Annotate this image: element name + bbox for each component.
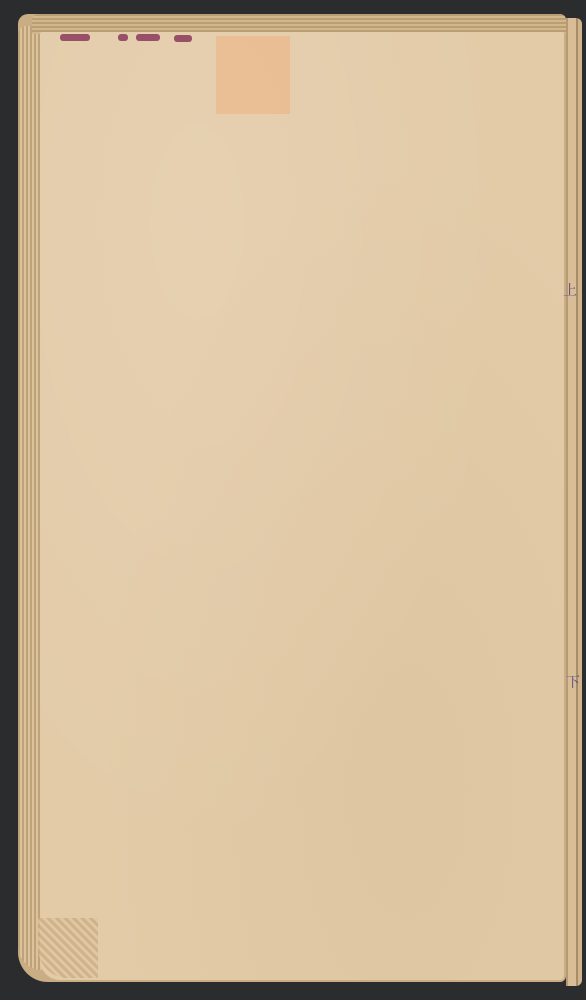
book-page: 上 下	[18, 14, 580, 988]
purple-ink-mark	[60, 34, 90, 41]
purple-ink-mark	[174, 35, 192, 42]
purple-ink-mark	[118, 34, 128, 41]
top-page-stack-edge	[32, 14, 566, 34]
worn-corner	[38, 918, 98, 978]
faded-stamp	[216, 36, 290, 114]
right-fore-edge	[566, 18, 582, 986]
margin-mark-upper: 上	[563, 284, 577, 298]
purple-ink-mark	[136, 34, 160, 41]
left-page-stack-edge	[18, 26, 42, 970]
margin-mark-lower: 下	[566, 676, 580, 690]
blank-paper-leaf	[40, 32, 564, 980]
